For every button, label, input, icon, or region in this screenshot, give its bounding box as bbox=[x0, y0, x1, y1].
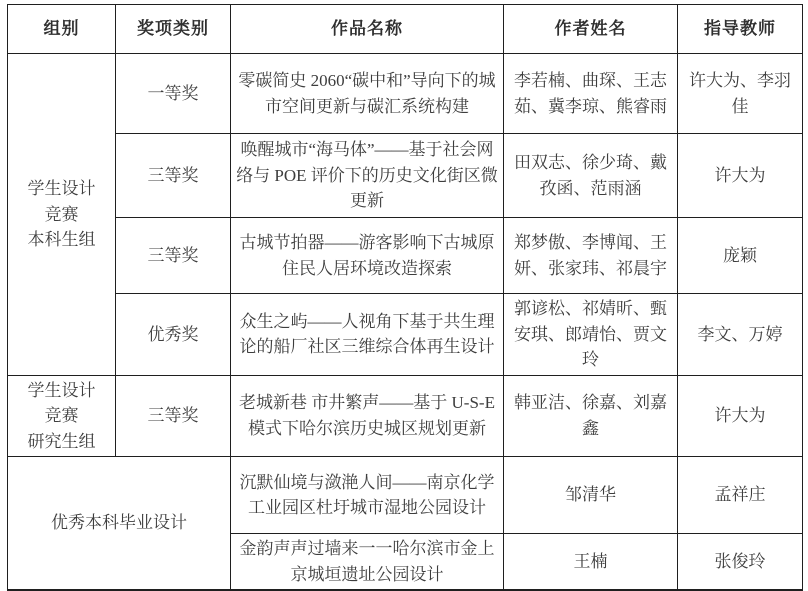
award-cell: 三等奖 bbox=[116, 375, 231, 457]
work-title-cell: 金韵声声过墙来一一哈尔滨市金上京城垣遗址公园设计 bbox=[231, 534, 504, 591]
work-title-cell: 零碳简史 2060“碳中和”导向下的城市空间更新与碳汇系统构建 bbox=[231, 54, 504, 134]
award-cell: 三等奖 bbox=[116, 134, 231, 218]
awards-table: 组别 奖项类别 作品名称 作者姓名 指导教师 学生设计 竞赛 本科生组 一等奖 … bbox=[7, 4, 803, 591]
advisors-cell: 庞颖 bbox=[678, 218, 803, 294]
group-cell-undergrad-competition: 学生设计 竞赛 本科生组 bbox=[8, 54, 116, 376]
work-title-cell: 老城新巷 市井繁声——基于 U-S-E 模式下哈尔滨历史城区规划更新 bbox=[231, 375, 504, 457]
award-cell: 一等奖 bbox=[116, 54, 231, 134]
table-row: 三等奖 古城节拍器——游客影响下古城原住民人居环境改造探索 郑梦傲、李博闻、王妍… bbox=[8, 218, 803, 294]
table-row: 学生设计 竞赛 研究生组 三等奖 老城新巷 市井繁声——基于 U-S-E 模式下… bbox=[8, 375, 803, 457]
award-cell: 三等奖 bbox=[116, 218, 231, 294]
advisors-cell: 许大为 bbox=[678, 375, 803, 457]
table-row: 学生设计 竞赛 本科生组 一等奖 零碳简史 2060“碳中和”导向下的城市空间更… bbox=[8, 54, 803, 134]
table-row: 三等奖 唤醒城市“海马体”——基于社会网络与 POE 评价下的历史文化街区微更新… bbox=[8, 134, 803, 218]
authors-cell: 田双志、徐少琦、戴孜函、范雨涵 bbox=[504, 134, 678, 218]
header-author-names: 作者姓名 bbox=[504, 5, 678, 54]
header-advisors: 指导教师 bbox=[678, 5, 803, 54]
authors-cell: 郑梦傲、李博闻、王妍、张家玮、祁晨宇 bbox=[504, 218, 678, 294]
header-group: 组别 bbox=[8, 5, 116, 54]
authors-cell: 郭谚松、祁婧昕、甄安琪、郎靖怡、贾文玲 bbox=[504, 294, 678, 376]
work-title-cell: 古城节拍器——游客影响下古城原住民人居环境改造探索 bbox=[231, 218, 504, 294]
advisors-cell: 李文、万婷 bbox=[678, 294, 803, 376]
header-row: 组别 奖项类别 作品名称 作者姓名 指导教师 bbox=[8, 5, 803, 54]
group-cell-outstanding-thesis: 优秀本科毕业设计 bbox=[8, 457, 231, 591]
header-award-category: 奖项类别 bbox=[116, 5, 231, 54]
authors-cell: 韩亚洁、徐嘉、刘嘉鑫 bbox=[504, 375, 678, 457]
advisors-cell: 孟祥庄 bbox=[678, 457, 803, 534]
page: 组别 奖项类别 作品名称 作者姓名 指导教师 学生设计 竞赛 本科生组 一等奖 … bbox=[0, 0, 808, 586]
authors-cell: 邹清华 bbox=[504, 457, 678, 534]
authors-cell: 李若楠、曲琛、王志茹、冀李琼、熊睿雨 bbox=[504, 54, 678, 134]
table-row: 优秀奖 众生之屿——人视角下基于共生理论的船厂社区三维综合体再生设计 郭谚松、祁… bbox=[8, 294, 803, 376]
authors-cell: 王楠 bbox=[504, 534, 678, 591]
group-cell-graduate-competition: 学生设计 竞赛 研究生组 bbox=[8, 375, 116, 457]
advisors-cell: 张俊玲 bbox=[678, 534, 803, 591]
advisors-cell: 许大为、李羽佳 bbox=[678, 54, 803, 134]
advisors-cell: 许大为 bbox=[678, 134, 803, 218]
work-title-cell: 众生之屿——人视角下基于共生理论的船厂社区三维综合体再生设计 bbox=[231, 294, 504, 376]
header-work-title: 作品名称 bbox=[231, 5, 504, 54]
table-row: 优秀本科毕业设计 沉默仙境与潋滟人间——南京化学工业园区杜圩城市湿地公园设计 邹… bbox=[8, 457, 803, 534]
work-title-cell: 沉默仙境与潋滟人间——南京化学工业园区杜圩城市湿地公园设计 bbox=[231, 457, 504, 534]
work-title-cell: 唤醒城市“海马体”——基于社会网络与 POE 评价下的历史文化街区微更新 bbox=[231, 134, 504, 218]
award-cell: 优秀奖 bbox=[116, 294, 231, 376]
